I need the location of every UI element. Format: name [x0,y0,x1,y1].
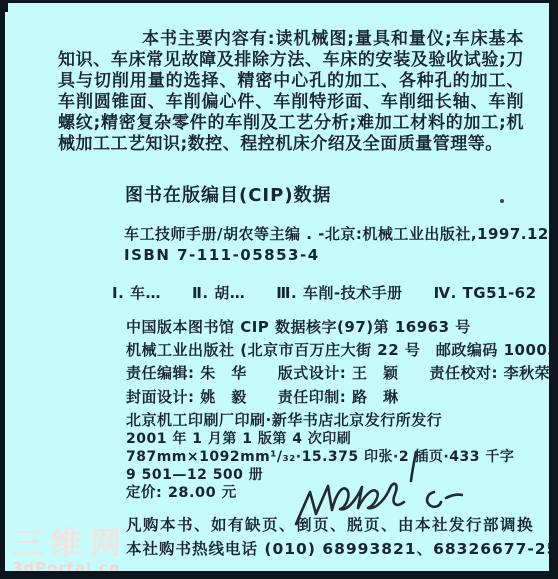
intro-paragraph: 本书主要内容有:读机械图;量具和量仪;车床基本知识、车床常见故障及排除方法、车床… [58,29,524,155]
classification-line: Ⅰ. 车… Ⅱ. 胡… Ⅲ. 车削-技术手册 Ⅳ. TG51-62 [112,282,537,303]
scan-speck [500,199,504,203]
scan-border-bottom [0,571,558,579]
watermark-3dportal: 三维网 3dPortal.cn [12,528,129,577]
cip-heading: 图书在版编目(CIP)数据 [125,181,332,207]
design-credits-line: 封面设计: 姚 毅 责任印制: 路 琳 [126,386,398,407]
scan-border-top [0,0,558,3]
cip-record-line: 车工技师手册/胡农等主编 . -北京:机械工业出版社,1997.12 [124,223,549,244]
publisher-line: 机械工业出版社 (北京市百万庄大街 22 号 邮政编码 100037) [126,339,558,360]
isbn-line: ISBN 7-111-05853-4 [124,246,320,264]
hotline-phone-line: 本社购书热线电话 (010) 68993821、68326677-2527 [126,537,558,559]
scan-border-right [549,0,558,579]
watermark-chinese-text: 三维网 [12,528,129,560]
scanned-copyright-page: 本书主要内容有:读机械图;量具和量仪;车床基本知识、车床常见故障及排除方法、车床… [0,0,558,579]
scan-border-corner [0,0,8,12]
editors-line: 责任编辑: 朱 华 版式设计: 王 颖 责任校对: 李秋荣 [126,362,550,383]
cip-number-line: 中国版本图书馆 CIP 数据核字(97)第 16963 号 [126,316,471,337]
handwritten-signature [288,446,463,531]
edition-line: 2001 年 1 月第 1 版第 4 次印刷 [126,428,351,448]
printing-distribution-line: 北京机工印刷厂印刷·新华书店北京发行所发行 [126,409,442,430]
scan-border-left [0,0,5,579]
price-line: 定价: 28.00 元 [126,481,237,502]
